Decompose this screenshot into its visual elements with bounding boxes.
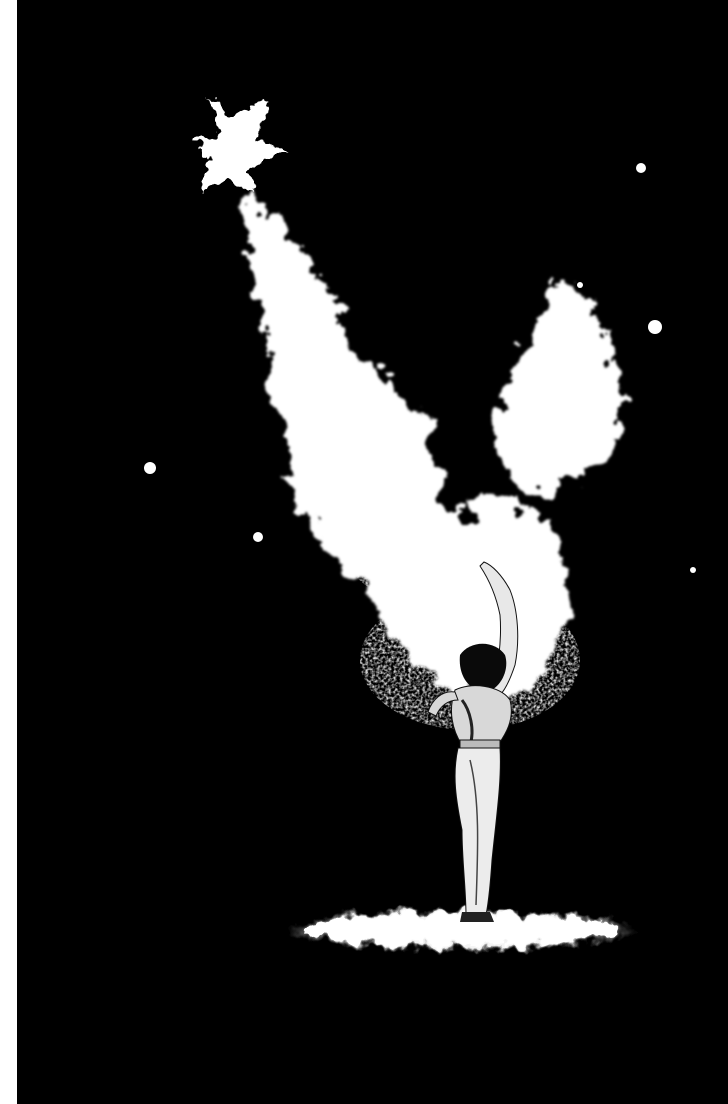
black-panel: [17, 0, 728, 1104]
star-dot: [577, 282, 583, 288]
star-dot: [144, 462, 156, 474]
star-dot: [253, 532, 263, 542]
star-dot: [648, 320, 662, 334]
star-dot: [636, 163, 646, 173]
starburst: [192, 95, 290, 190]
manga-page: [0, 0, 728, 1104]
star-dot: [690, 567, 696, 573]
illustration: [17, 0, 728, 1104]
